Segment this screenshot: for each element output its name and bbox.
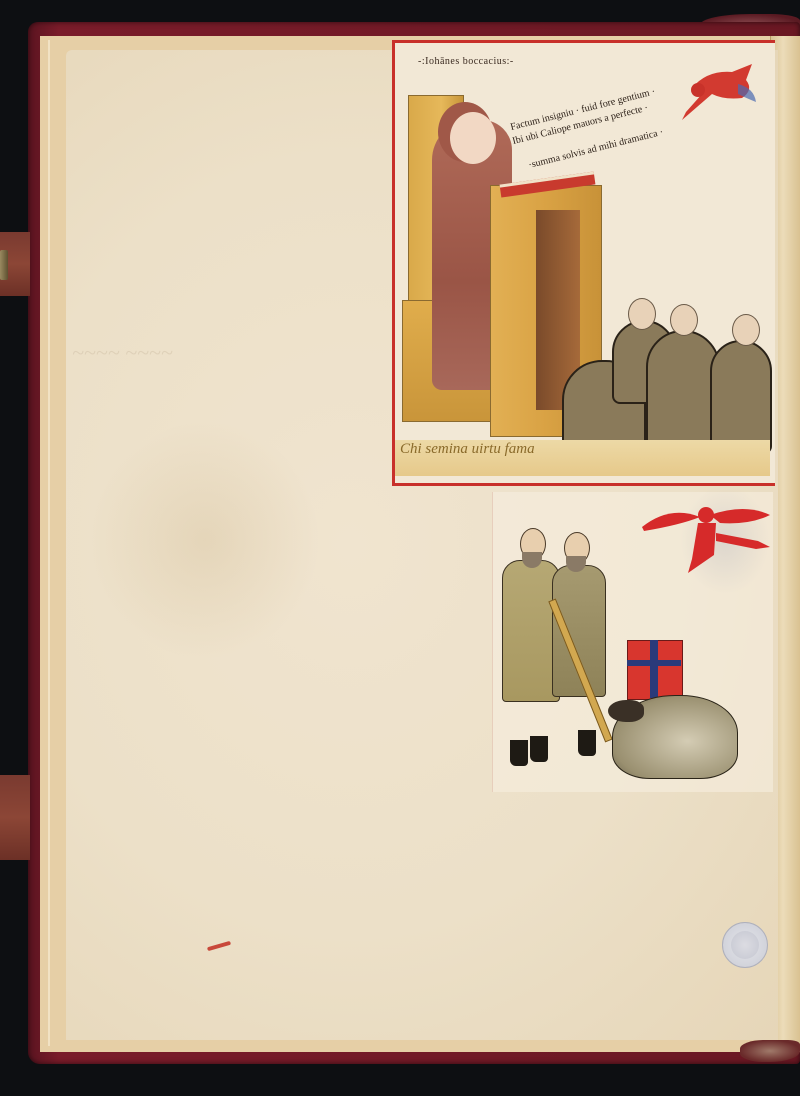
ram-head [608,700,644,722]
friar-3 [646,330,720,452]
boot [530,736,548,762]
boot [578,730,596,756]
banner-cross [650,640,658,698]
flying-red-figure-icon [672,50,762,130]
miniature-heading: -:Iohānes boccacius:- [418,56,514,67]
miniature-caption: Chi semina uirtu fama [400,441,535,458]
clasp-metal-icon [0,250,8,280]
friar-4-head [732,314,760,346]
page-edge-line [48,40,50,1046]
banner-cross [627,660,681,666]
worn-binding-bottom [740,1040,800,1062]
ghost-offset-text: ~~~~ ~~~~ [72,340,252,380]
boot [510,740,528,766]
author-figure-head [450,112,496,164]
seated-friars-group [560,290,770,455]
clasp-strap-bottom [0,775,30,860]
friar-3-head [670,304,698,336]
red-angel-icon [640,495,775,590]
page-stain [90,420,320,660]
friar-2-head [628,298,656,330]
friar-4 [710,340,772,454]
library-stamp-icon [722,922,768,968]
